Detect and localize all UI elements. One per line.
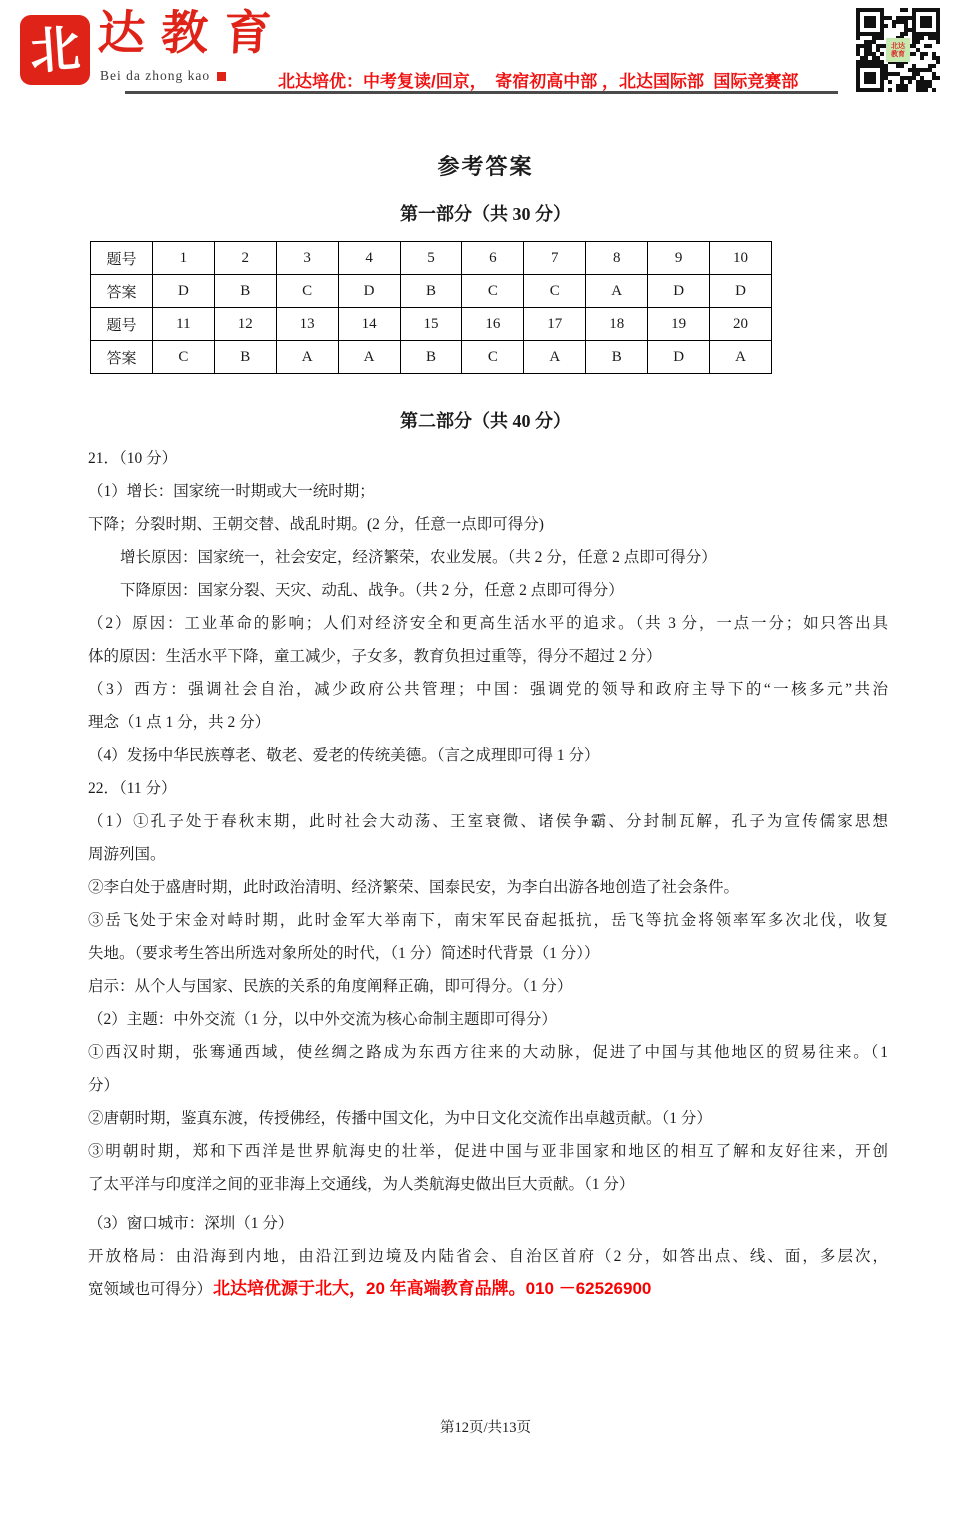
seal-character: 北 (28, 23, 81, 76)
table-cell: 答案 (91, 341, 153, 374)
answer-line: ③岳飞处于宋金对峙时期，此时金军大举南下，南宋军民奋起抵抗，岳飞等抗金将领率军多… (88, 904, 888, 937)
table-cell: 答案 (91, 275, 153, 308)
table-cell: C (524, 275, 586, 308)
table-cell: 14 (338, 308, 400, 341)
brand-seal-logo: 北 (22, 17, 88, 83)
table-cell: 15 (400, 308, 462, 341)
header-tagline: 北达培优：中考复读/回京， 寄宿初高中部 ，北达国际部 国际竞赛部 (278, 67, 823, 92)
answer-line: 分） (88, 1069, 888, 1102)
table-cell: 19 (648, 308, 710, 341)
answer-line: （4）发扬中华民族尊老、敬老、爱老的传统美德。（言之成理即可得 1 分） (88, 739, 888, 772)
table-cell: B (214, 341, 276, 374)
table-cell: 11 (152, 308, 214, 341)
table-cell: A (276, 341, 338, 374)
header-divider (125, 91, 838, 94)
table-cell: D (338, 275, 400, 308)
table-cell: B (400, 341, 462, 374)
answer-line: ①西汉时期，张骞通西域，使丝绸之路成为东西方往来的大动脉，促进了中国与其他地区的… (88, 1036, 888, 1069)
table-cell: D (648, 341, 710, 374)
answer-line: （1）①孔子处于春秋末期，此时社会大动荡、王室衰微、诸侯争霸、分封制瓦解，孔子为… (88, 805, 888, 838)
table-cell: B (400, 275, 462, 308)
answer-line: 下降；分裂时期、王朝交替、战乱时期。(2 分，任意一点即可得分) (88, 508, 888, 541)
answer-line: （2）主题：中外交流（1 分，以中外交流为核心命制主题即可得分） (88, 1003, 888, 1036)
table-cell: 3 (276, 242, 338, 275)
answer-line: ②唐朝时期，鉴真东渡，传授佛经，传播中国文化，为中日文化交流作出卓越贡献。（1 … (88, 1102, 888, 1135)
table-cell: 20 (710, 308, 772, 341)
table-cell: 6 (462, 242, 524, 275)
answer-line: 增长原因：国家统一，社会安定，经济繁荣，农业发展。（共 2 分，任意 2 点即可… (88, 541, 888, 574)
table-cell: 9 (648, 242, 710, 275)
table-row: 题号 1 2 3 4 5 6 7 8 9 10 (91, 242, 772, 275)
qr-code: 北达 教育 (856, 8, 940, 92)
answer-line: （3）窗口城市：深圳（1 分） (88, 1207, 888, 1240)
table-cell: C (276, 275, 338, 308)
table-cell: 7 (524, 242, 586, 275)
table-cell: D (152, 275, 214, 308)
table-cell: B (586, 341, 648, 374)
answer-line: 下降原因：国家分裂、天灾、动乱、战争。（共 2 分，任意 2 点即可得分） (88, 574, 888, 607)
answer-line: 22．（11 分） (88, 772, 888, 805)
table-cell: C (462, 341, 524, 374)
table-cell: A (338, 341, 400, 374)
table-cell: 4 (338, 242, 400, 275)
table-row: 题号 11 12 13 14 15 16 17 18 19 20 (91, 308, 772, 341)
table-cell: 1 (152, 242, 214, 275)
table-cell: 18 (586, 308, 648, 341)
answer-line: 理念（1 点 1 分，共 2 分） (88, 706, 888, 739)
table-cell: B (214, 275, 276, 308)
page-title: 参考答案 (0, 150, 971, 181)
page-number: 第12页/共13页 (0, 1416, 971, 1437)
qr-center-label: 北达 教育 (886, 38, 910, 62)
answer-line: 周游列国。 (88, 838, 888, 871)
table-cell: C (152, 341, 214, 374)
answer-line: ②李白处于盛唐时期，此时政治清明、经济繁荣、国泰民安，为李白出游各地创造了社会条… (88, 871, 888, 904)
table-cell: C (462, 275, 524, 308)
table-cell: 13 (276, 308, 338, 341)
table-cell: 题号 (91, 242, 153, 275)
table-cell: D (710, 275, 772, 308)
table-cell: 5 (400, 242, 462, 275)
answer-sheet-page: 北 达教育 Bei da zhong kao 北达培优：中考复读/回京， 寄宿初… (0, 0, 971, 1526)
table-cell: D (648, 275, 710, 308)
promo-text: 北达培优源于北大，20 年高端教育品牌。010 －62526900 (213, 1274, 651, 1299)
answer-line: 启示：从个人与国家、民族的关系的角度阐释正确，即可得分。（1 分） (88, 970, 888, 1003)
table-cell: A (524, 341, 586, 374)
answer-table: 题号 1 2 3 4 5 6 7 8 9 10 答案 D B C D B C C (90, 241, 772, 374)
brand-name: 达教育 (97, 6, 289, 62)
table-cell: 2 (214, 242, 276, 275)
answer-line: 体的原因：生活水平下降，童工减少，子女多，教育负担过重等，得分不超过 2 分） (88, 640, 888, 673)
brand-subtitle-text: Bei da zhong kao (100, 68, 210, 84)
answer-line: 开放格局：由沿海到内地，由沿江到边境及内陆省会、自治区首府（2 分，如答出点、线… (88, 1240, 888, 1273)
answer-line: （1）增长：国家统一时期或大一统时期； (88, 475, 888, 508)
table-cell: 17 (524, 308, 586, 341)
section2-body: 21．（10 分） （1）增长：国家统一时期或大一统时期； 下降；分裂时期、王朝… (88, 442, 888, 1306)
table-row: 答案 D B C D B C C A D D (91, 275, 772, 308)
answer-line: 失地。（要求考生答出所选对象所处的时代，（1 分）简述时代背景（1 分）） (88, 937, 888, 970)
answer-line: （3）西方：强调社会自治，减少政府公共管理；中国：强调党的领导和政府主导下的“一… (88, 673, 888, 706)
table-cell: 10 (710, 242, 772, 275)
answer-line: ③明朝时期，郑和下西洋是世界航海史的壮举，促进中国与亚非国家和地区的相互了解和友… (88, 1135, 888, 1168)
table-cell: A (710, 341, 772, 374)
answer-line: 21．（10 分） (88, 442, 888, 475)
table-cell: 16 (462, 308, 524, 341)
red-square-icon (217, 72, 226, 81)
table-cell: 12 (214, 308, 276, 341)
table-cell: A (586, 275, 648, 308)
answer-line: 了太平洋与印度洋之间的亚非海上交通线，为人类航海史做出巨大贡献。（1 分） (88, 1168, 888, 1201)
answer-line: （2）原因：工业革命的影响；人们对经济安全和更高生活水平的追求。（共 3 分，一… (88, 607, 888, 640)
table-cell: 8 (586, 242, 648, 275)
section1-heading: 第一部分（共 30 分） (0, 200, 971, 226)
table-cell: 题号 (91, 308, 153, 341)
brand-subtitle: Bei da zhong kao (100, 68, 226, 84)
section2-heading: 第二部分（共 40 分） (0, 407, 971, 433)
table-row: 答案 C B A A B C A B D A (91, 341, 772, 374)
